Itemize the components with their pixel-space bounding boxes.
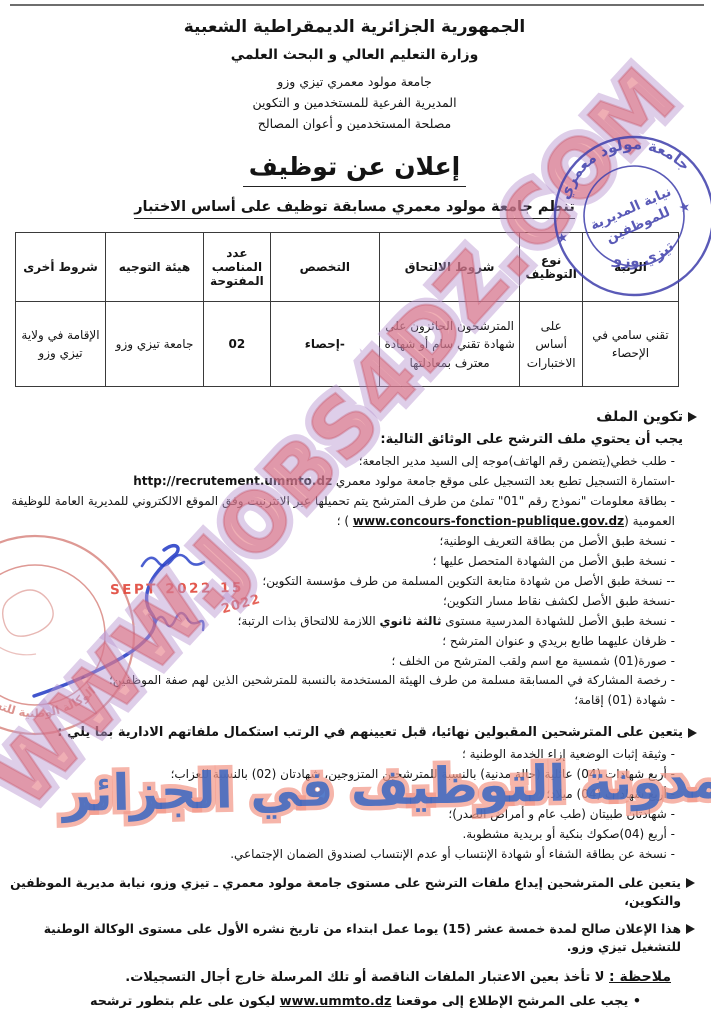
final-item: - نسخة عن بطاقة الشفاء أو شهادة الإنتساب… (8, 845, 675, 865)
final-item: - وثيقة إثبات الوضعية إزاء الخدمة الوطني… (8, 745, 675, 765)
header-open-positions: عدد المناصب المفتوحة (204, 233, 271, 302)
section-final-heading: يتعين على المترشحين المقبولين نهائيا، قب… (8, 725, 697, 740)
dossier-items: - طلب خطي(يتضمن رقم الهاتف)موجه إلى السي… (8, 452, 675, 711)
concours-url: www.concours-fonction-publique.gov.dz (353, 514, 624, 528)
section-arrow-icon (688, 412, 697, 422)
document-body: الجمهورية الجزائرية الديمقراطية الشعبية … (0, 0, 711, 1009)
header-rank: الرتبة (583, 233, 679, 302)
ummto-url: www.ummto.dz (280, 994, 392, 1009)
bullet-dot-icon: • (633, 994, 641, 1009)
table-row: تقني سامي في الإحصاء على أساس الاختبارات… (16, 302, 679, 387)
service-line: مصلحة المستخدمين و أعوان المصالح (8, 116, 701, 133)
remark-text: لا تأخذ بعين الاعتبار الملفات الناقصة أو… (125, 970, 604, 985)
dossier-item: - طلب خطي(يتضمن رقم الهاتف)موجه إلى السي… (8, 452, 675, 472)
cell-other-conditions: الإقامة في ولاية تيزي وزو (16, 302, 106, 387)
cell-open-positions: 02 (204, 302, 271, 387)
header-orientation-body: هيئة التوجيه (106, 233, 204, 302)
directorate-line: المديرية الفرعية للمستخدمين و التكوين (8, 95, 701, 112)
ministry-line: وزارة التعليم العالي و البحث العلمي (8, 46, 701, 65)
final-item: - أربع شهادات (04) ميلاد؛ (8, 785, 675, 805)
table-header-row: الرتبة نوع التوظيف شروط الالتحاق التخصص … (16, 233, 679, 302)
section-arrow-icon (686, 878, 695, 888)
remark-line: ملاحظة : لا تأخذ بعين الاعتبار الملفات ا… (8, 969, 671, 985)
header-conditions: شروط الالتحاق (379, 233, 519, 302)
recrutement-url: http://recrutement.ummto.dz (133, 474, 332, 488)
final-item: - شهادتان طبيتان (طب عام و أمراض الصدر)؛ (8, 805, 675, 825)
dossier-item: - رخصة المشاركة في المسابقة مسلمة من طرف… (8, 671, 675, 691)
header-other-conditions: شروط أخرى (16, 233, 106, 302)
final-item: - أربع (04)صكوك بنكية أو بريدية مشطوبة. (8, 825, 675, 845)
section-dossier-heading: تكوين الملف (8, 409, 697, 425)
dossier-item: - نسخة طبق الأصل من الشهادة المتحصل عليه… (8, 552, 675, 572)
note-deposit: يتعين على المترشحين إيداع ملفات الترشح ع… (8, 874, 695, 911)
dossier-intro: يجب أن يحتوي ملف الترشح على الوثائق التا… (8, 432, 683, 447)
recruitment-table: الرتبة نوع التوظيف شروط الالتحاق التخصص … (15, 232, 679, 387)
dossier-item: - ظرفان عليهما طابع بريدي و عنوان المترش… (8, 632, 675, 652)
page-subtitle: تنظم جامعة مولود معمري مسابقة توظيف على … (8, 199, 701, 215)
section-arrow-icon (686, 924, 695, 934)
dossier-item: -استمارة التسجيل تطبع بعد التسجيل على مو… (8, 472, 675, 492)
dossier-item: -- نسخة طبق الأصل من شهادة متابعة التكوي… (8, 572, 675, 592)
bold-level-text: ثالثة ثانوي (380, 614, 442, 628)
cell-specialty: -إحصاء (270, 302, 379, 387)
page-title: إعلان عن توظيف (8, 152, 701, 181)
remark-label: ملاحظة : (609, 969, 671, 985)
cell-conditions: المترشحون الحائزون على شهادة تقني سام أو… (379, 302, 519, 387)
cell-recruitment-mode: على أساس الاختبارات (520, 302, 583, 387)
dossier-item: - بطاقة معلومات "نموذج رقم "01" تملئ من … (8, 492, 675, 532)
final-items: - وثيقة إثبات الوضعية إزاء الخدمة الوطني… (8, 745, 675, 864)
section-arrow-icon (688, 728, 697, 738)
dossier-item: - نسخة طبق الأصل من بطاقة التعريف الوطني… (8, 532, 675, 552)
university-line: جامعة مولود معمري تيزي وزو (8, 74, 701, 91)
scanned-document-page: الجمهورية الجزائرية الديمقراطية الشعبية … (0, 0, 711, 1024)
header-recruitment-mode: نوع التوظيف (520, 233, 583, 302)
note-validity: هذا الإعلان صالح لمدة خمسة عشر (15) يوما… (8, 920, 695, 957)
dossier-item: - شهادة (01) إقامة؛ (8, 691, 675, 711)
final-item: - أربع شهادات (04) عائلية (حالة مدنية) ب… (8, 765, 675, 785)
header-specialty: التخصص (270, 233, 379, 302)
dossier-item: -نسخة طبق الأصل لكشف نقاط مسار التكوين؛ (8, 592, 675, 612)
cell-orientation-body: جامعة تيزي وزو (106, 302, 204, 387)
republic-line: الجمهورية الجزائرية الديمقراطية الشعبية (8, 16, 701, 39)
dossier-item: - صورة(01) شمسية مع اسم ولقب المترشح من … (8, 652, 675, 672)
document-header: الجمهورية الجزائرية الديمقراطية الشعبية … (8, 16, 701, 132)
dossier-item: - نسخة طبق الأصل للشهادة المدرسية مستوى … (8, 612, 675, 632)
website-line: • يجب على المرشح الإطلاع إلى موقعنا www.… (8, 994, 641, 1009)
cell-rank: تقني سامي في الإحصاء (583, 302, 679, 387)
